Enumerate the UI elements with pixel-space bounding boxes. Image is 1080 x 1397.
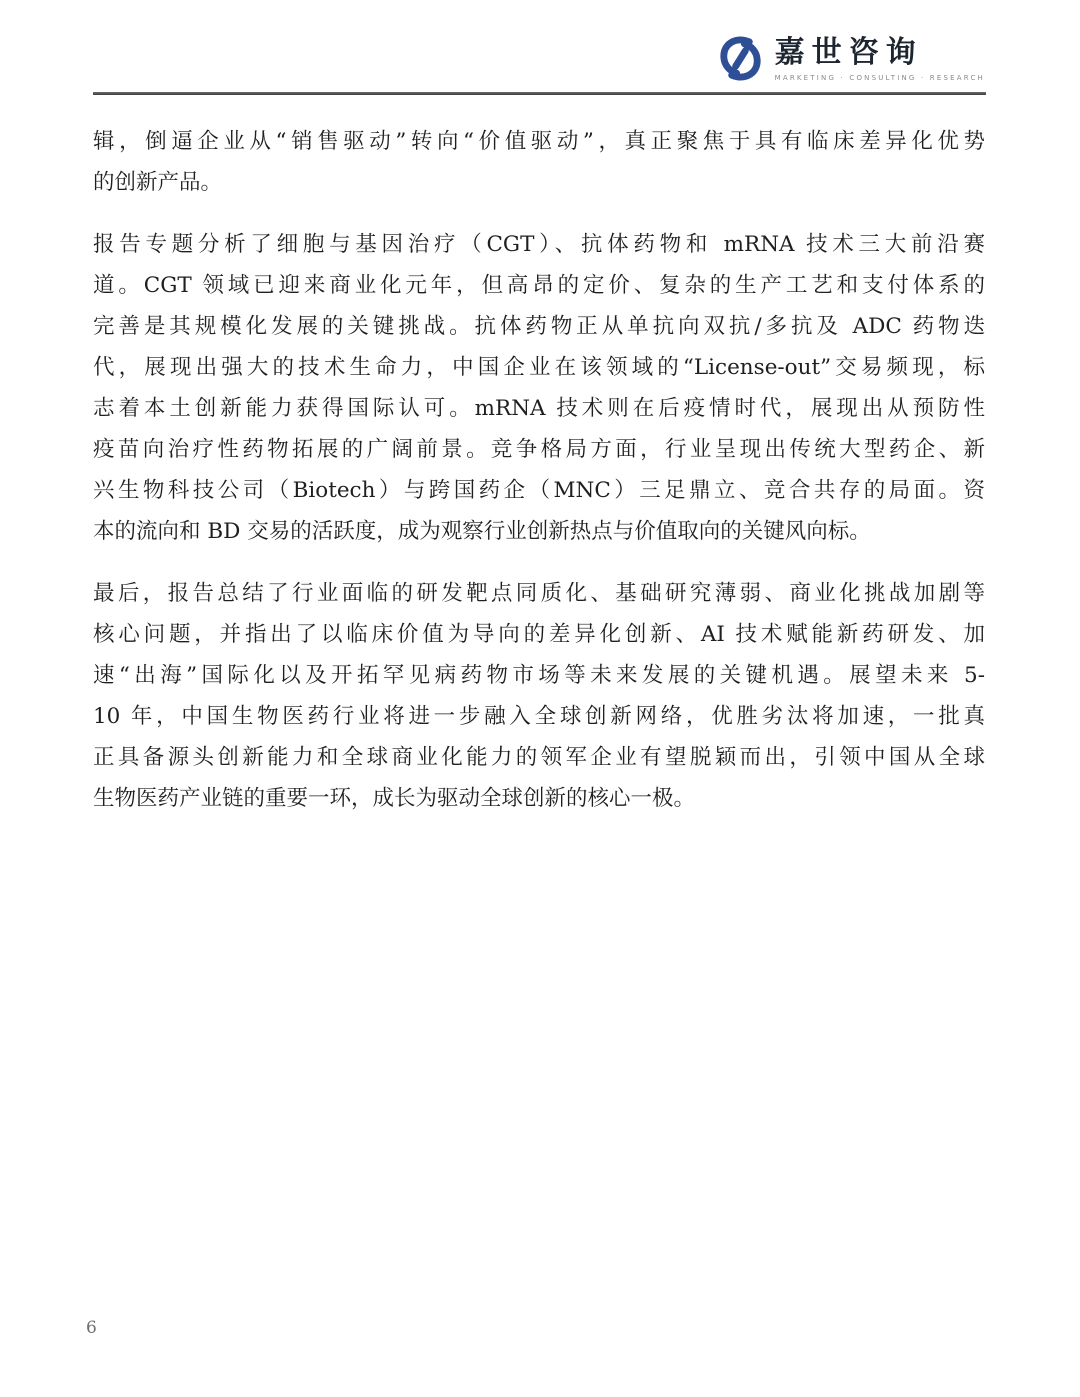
text-line: 速“出海”国际化以及开拓罕见病药物市场等未来发展的关键机遇。展望未来 5-	[93, 655, 985, 696]
page-number: 6	[86, 1316, 97, 1340]
text-line: 生物医药产业链的重要一环，成长为驱动全球创新的核心一极。	[93, 778, 985, 819]
company-logo-icon	[717, 34, 764, 83]
text-line: 代，展现出强大的技术生命力，中国企业在该领域的“License-out”交易频现…	[93, 347, 985, 388]
header-rule	[93, 92, 986, 95]
text-line: 报告专题分析了细胞与基因治疗（CGT）、抗体药物和 mRNA 技术三大前沿赛	[93, 224, 985, 265]
logo-text-block: 嘉世咨询 MARKETING · CONSULTING · RESEARCH	[775, 35, 985, 82]
text-line: 道。CGT 领域已迎来商业化元年，但高昂的定价、复杂的生产工艺和支付体系的	[93, 265, 985, 306]
text-line: 的创新产品。	[93, 162, 985, 203]
paragraph-2: 报告专题分析了细胞与基因治疗（CGT）、抗体药物和 mRNA 技术三大前沿赛道。…	[93, 224, 985, 552]
text-line: 兴生物科技公司（Biotech）与跨国药企（MNC）三足鼎立、竞合共存的局面。资	[93, 470, 985, 511]
text-line: 志着本土创新能力获得国际认可。mRNA 技术则在后疫情时代，展现出从预防性	[93, 388, 985, 429]
company-tagline: MARKETING · CONSULTING · RESEARCH	[775, 74, 985, 82]
paragraph-1: 辑，倒逼企业从“销售驱动”转向“价值驱动”，真正聚焦于具有临床差异化优势的创新产…	[93, 121, 985, 203]
document-body: 辑，倒逼企业从“销售驱动”转向“价值驱动”，真正聚焦于具有临床差异化优势的创新产…	[93, 121, 985, 840]
header-logo: 嘉世咨询 MARKETING · CONSULTING · RESEARCH	[717, 34, 985, 83]
text-line: 本的流向和 BD 交易的活跃度，成为观察行业创新热点与价值取向的关键风向标。	[93, 511, 985, 552]
text-line: 最后，报告总结了行业面临的研发靶点同质化、基础研究薄弱、商业化挑战加剧等	[93, 573, 985, 614]
text-line: 疫苗向治疗性药物拓展的广阔前景。竞争格局方面，行业呈现出传统大型药企、新	[93, 429, 985, 470]
document-page: 嘉世咨询 MARKETING · CONSULTING · RESEARCH 辑…	[0, 0, 1080, 1397]
company-name: 嘉世咨询	[775, 35, 923, 71]
text-line: 正具备源头创新能力和全球商业化能力的领军企业有望脱颖而出，引领中国从全球	[93, 737, 985, 778]
paragraph-3: 最后，报告总结了行业面临的研发靶点同质化、基础研究薄弱、商业化挑战加剧等核心问题…	[93, 573, 985, 819]
text-line: 完善是其规模化发展的关键挑战。抗体药物正从单抗向双抗/多抗及 ADC 药物迭	[93, 306, 985, 347]
text-line: 10 年，中国生物医药行业将进一步融入全球创新网络，优胜劣汰将加速，一批真	[93, 696, 985, 737]
text-line: 辑，倒逼企业从“销售驱动”转向“价值驱动”，真正聚焦于具有临床差异化优势	[93, 121, 985, 162]
text-line: 核心问题，并指出了以临床价值为导向的差异化创新、AI 技术赋能新药研发、加	[93, 614, 985, 655]
